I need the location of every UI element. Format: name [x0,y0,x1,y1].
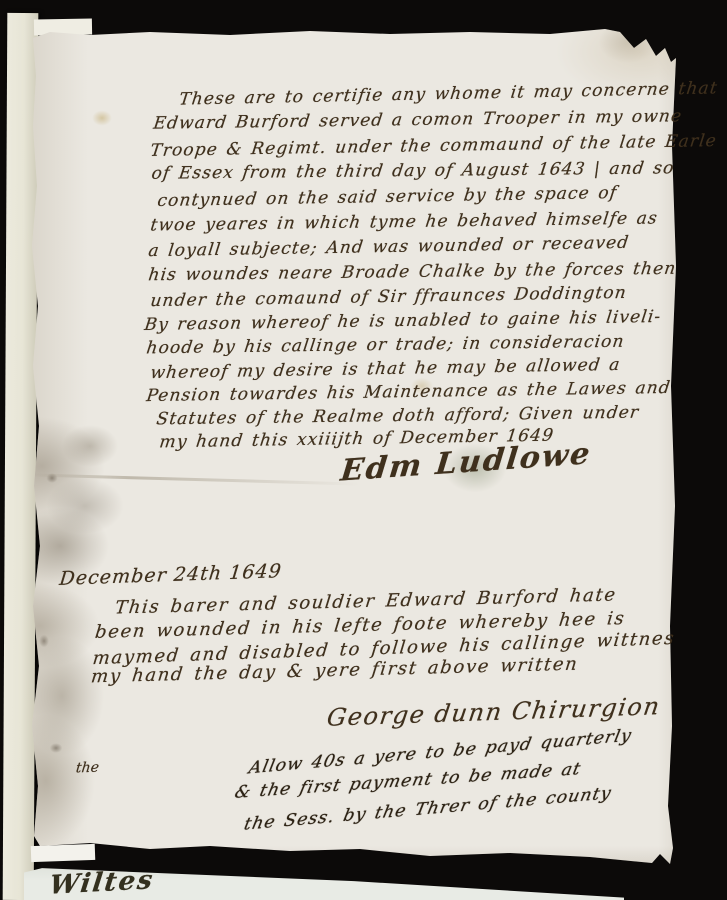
paper-slip [31,844,96,862]
adjacent-page-edge [3,13,39,900]
margin-note: the [75,760,100,777]
next-page-fragment: Wiltes [48,865,156,900]
paper-crease [30,473,360,485]
photo-frame: These are to certifie any whome it may c… [0,0,727,900]
paper-tab [34,18,92,35]
